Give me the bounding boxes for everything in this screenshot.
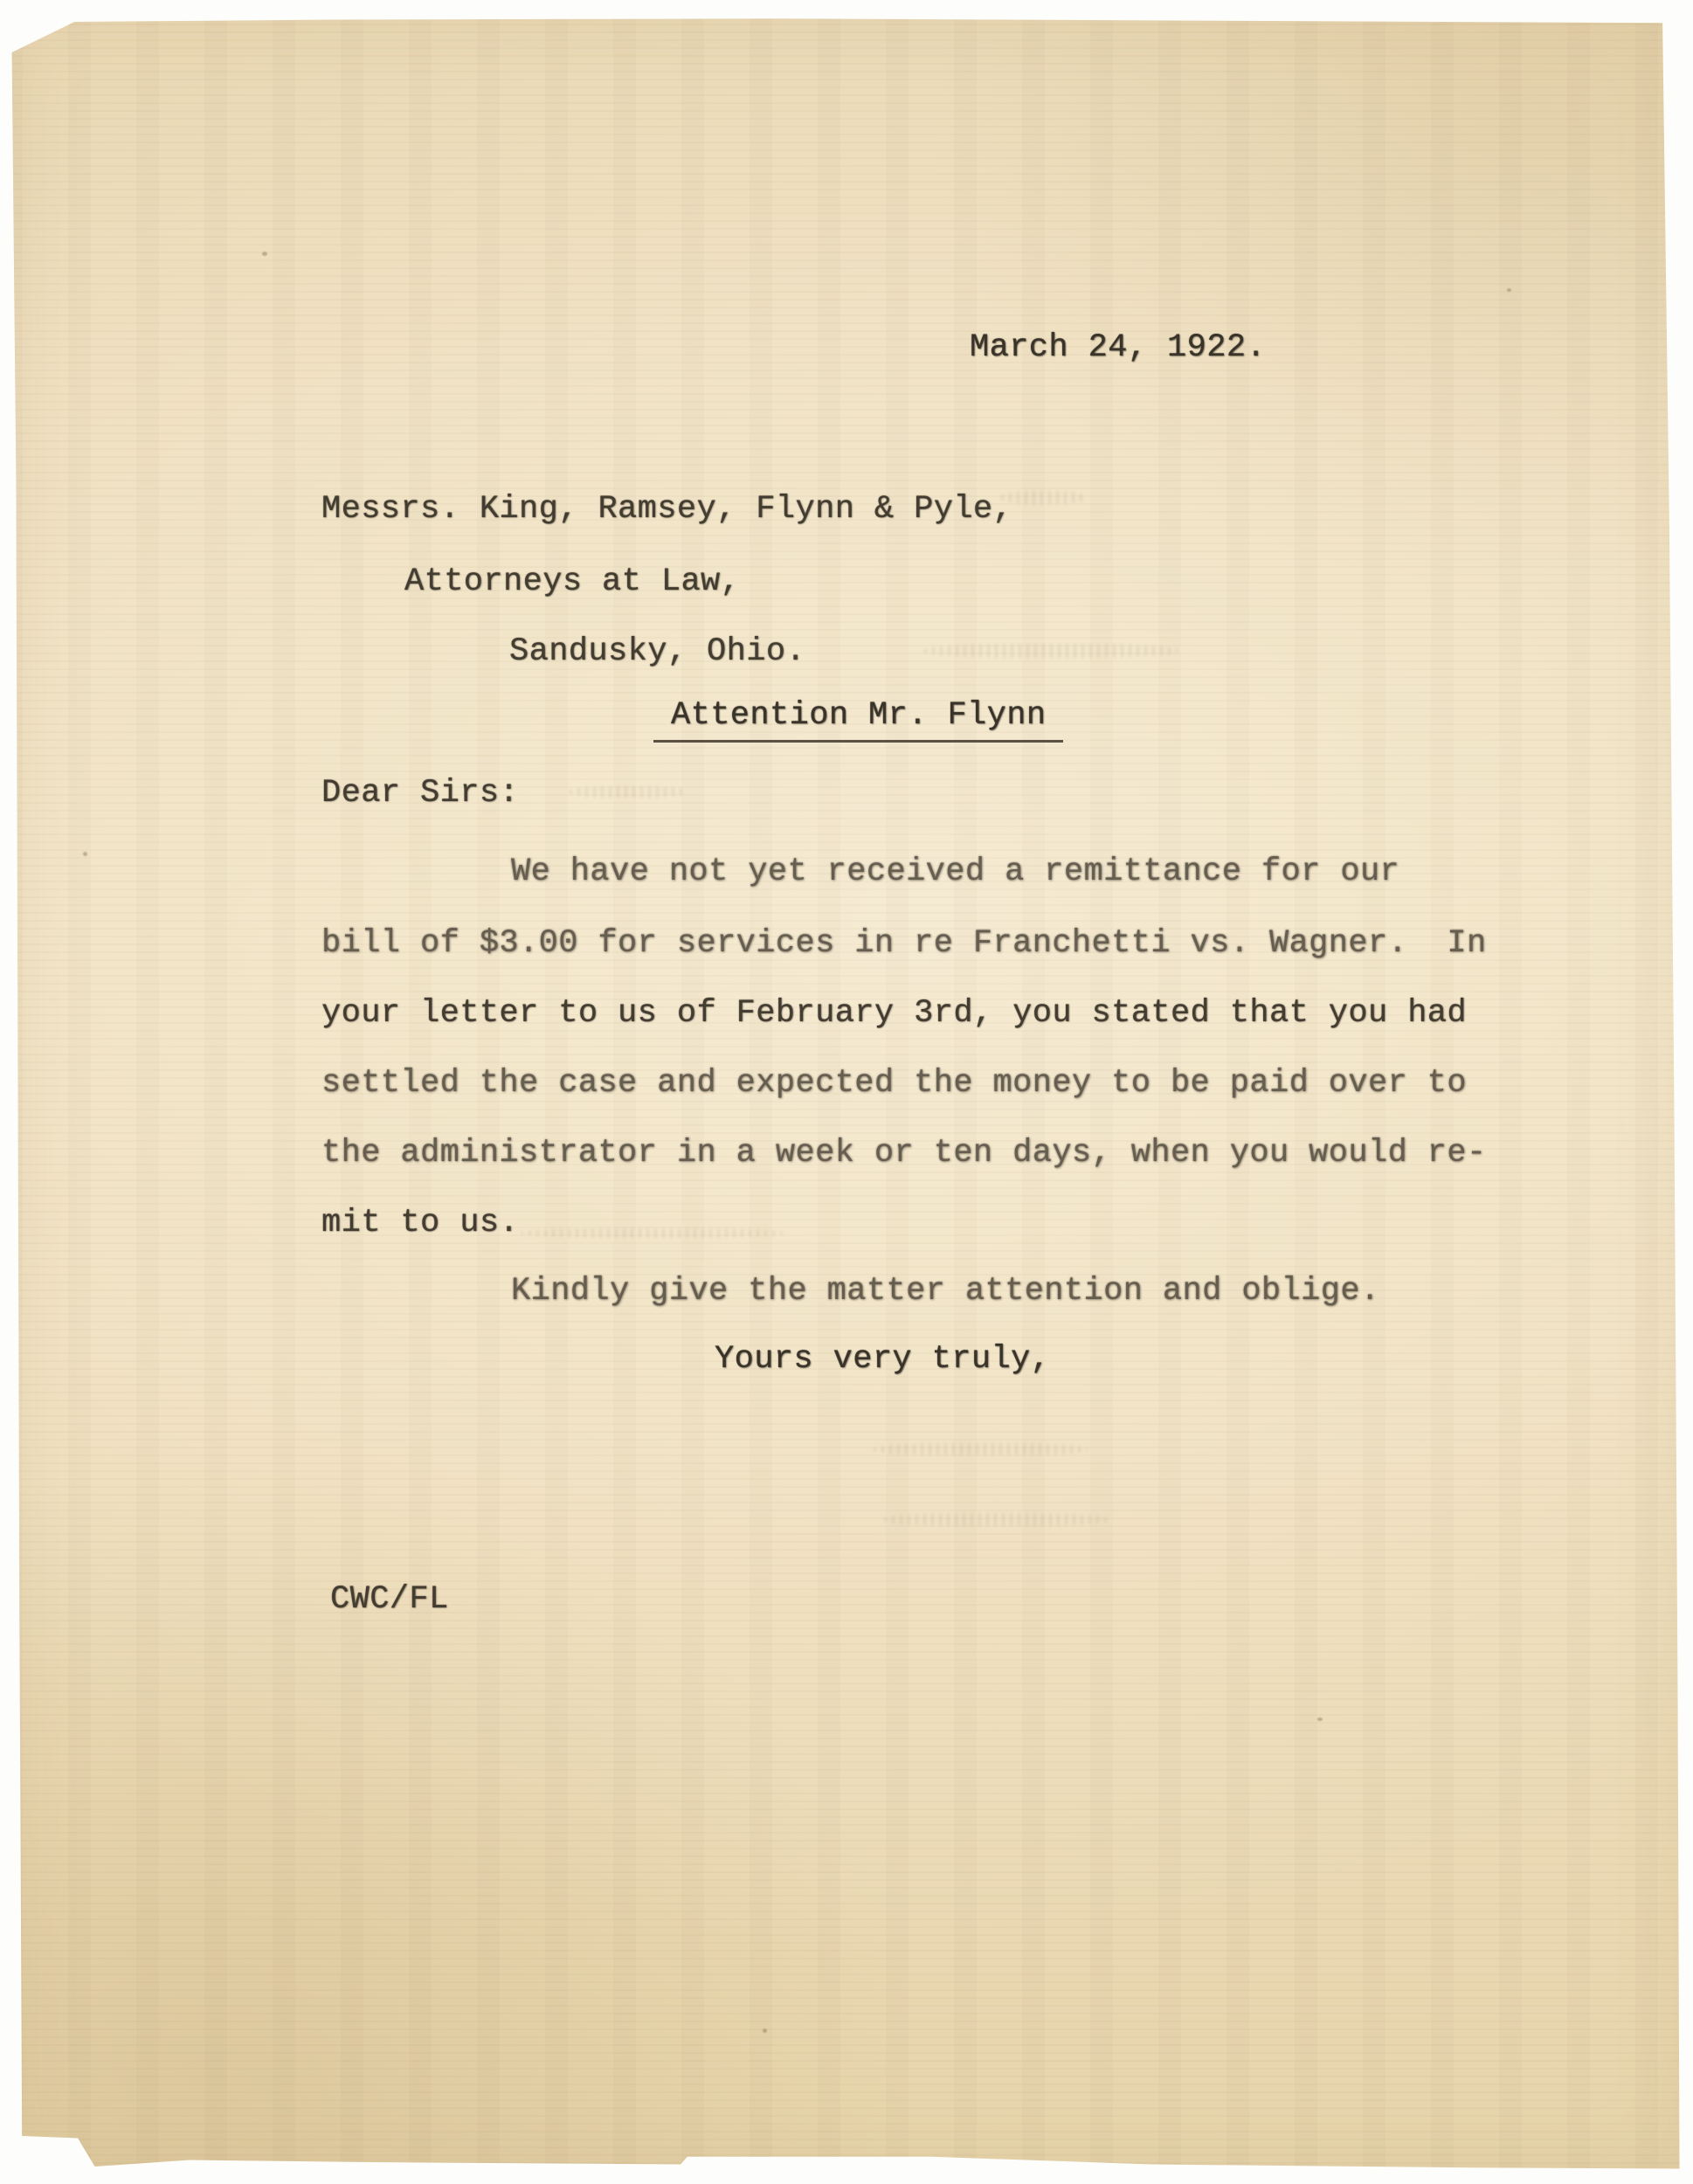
closing-line: Yours very truly, (715, 1341, 1050, 1379)
request-line: Kindly give the matter attention and obl… (511, 1273, 1380, 1310)
attention-line: Attention Mr. Flynn (653, 697, 1063, 743)
typist-initials: CWC/FL (330, 1581, 449, 1619)
salutation-line: Dear Sirs: (321, 775, 519, 812)
scanned-letter-background: March 24, 1922. Messrs. King, Ramsey, Fl… (0, 0, 1693, 2184)
date-line: March 24, 1922. (970, 329, 1266, 367)
recipient-name-line: Messrs. King, Ramsey, Flynn & Pyle, (321, 491, 1012, 529)
body-line: mit to us. (321, 1205, 519, 1242)
recipient-city-line: Sandusky, Ohio. (509, 633, 805, 671)
body-line: bill of $3.00 for services in re Franche… (321, 925, 1487, 963)
recipient-title-line: Attorneys at Law, (404, 563, 740, 601)
letter-content: March 24, 1922. Messrs. King, Ramsey, Fl… (0, 0, 1693, 2184)
body-line: We have not yet received a remittance fo… (511, 854, 1399, 891)
body-line: the administrator in a week or ten days,… (321, 1135, 1487, 1172)
letter-paper: March 24, 1922. Messrs. King, Ramsey, Fl… (0, 0, 1693, 2184)
body-line: settled the case and expected the money … (321, 1065, 1467, 1102)
body-line: your letter to us of February 3rd, you s… (321, 995, 1467, 1033)
